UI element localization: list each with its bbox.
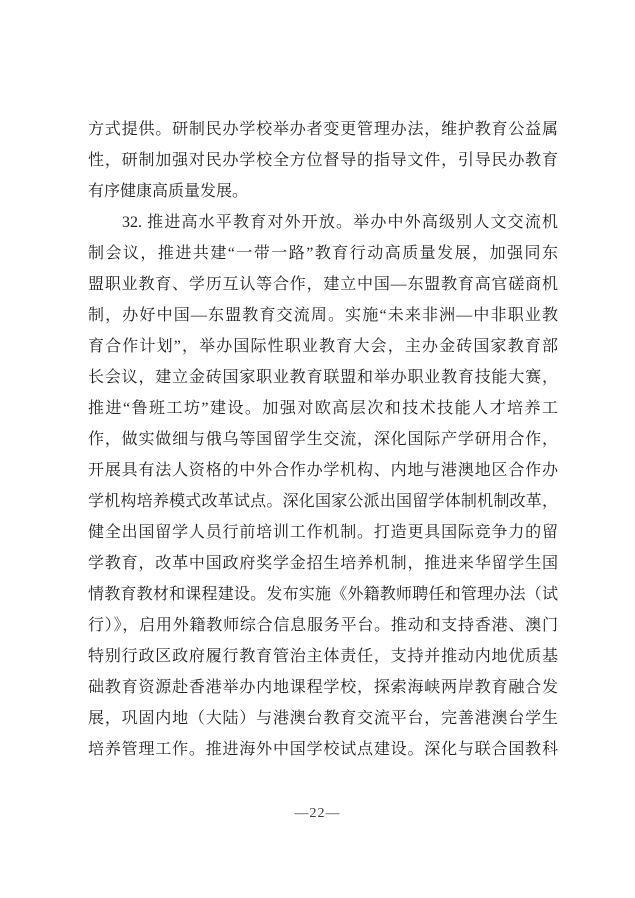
document-page: 方式提供。研制民办学校举办者变更管理办法，维护教育公益属性，研制加强对民办学校全… [0,0,635,898]
text-line: 情教育教材和课程建设。发布实施《外籍教师聘任和管理办法（试 [88,579,558,610]
text-line: 学教育，改革中国政府奖学金招生培养机制，推进来华留学生国 [88,548,558,579]
text-line: 培养管理工作。推进海外中国学校试点建设。深化与联合国教科 [88,734,558,765]
text-line: 制，办好中国—东盟教育交流周。实施“未来非洲—中非职业教 [88,300,558,331]
text-line: 行）》，启用外籍教师综合信息服务平台。推动和支持香港、澳门 [88,610,558,641]
text-line: 有序健康高质量发展。 [88,176,558,207]
text-line: 展，巩固内地（大陆）与港澳台教育交流平台，完善港澳台学生 [88,703,558,734]
text-line: 性，研制加强对民办学校全方位督导的指导文件，引导民办教育 [88,145,558,176]
text-line: 健全出国留学人员行前培训工作机制。打造更具国际竞争力的留 [88,517,558,548]
text-line: 特别行政区政府履行教育管治主体责任，支持并推动内地优质基 [88,641,558,672]
text-line: 长会议，建立金砖国家职业教育联盟和举办职业教育技能大赛， [88,362,558,393]
text-line: 盟职业教育、学历互认等合作，建立中国—东盟教育高官磋商机 [88,269,558,300]
page-number: —22— [0,803,635,825]
text-line: 础教育资源赴香港举办内地课程学校，探索海峡两岸教育融合发 [88,672,558,703]
text-line: 推进“鲁班工坊”建设。加强对欧高层次和技术技能人才培养工 [88,393,558,424]
text-line: 学机构培养模式改革试点。深化国家公派出国留学体制机制改革， [88,486,558,517]
text-line: 育合作计划”，举办国际性职业教育大会，主办金砖国家教育部 [88,331,558,362]
text-line: 作，做实做细与俄乌等国留学生交流，深化国际产学研用合作， [88,424,558,455]
text-line: 制会议，推进共建“一带一路”教育行动高质量发展，加强同东 [88,238,558,269]
document-body: 方式提供。研制民办学校举办者变更管理办法，维护教育公益属性，研制加强对民办学校全… [88,114,558,765]
text-line: 32. 推进高水平教育对外开放。举办中外高级别人文交流机 [88,207,558,238]
text-line: 开展具有法人资格的中外合作办学机构、内地与港澳地区合作办 [88,455,558,486]
text-line: 方式提供。研制民办学校举办者变更管理办法，维护教育公益属 [88,114,558,145]
